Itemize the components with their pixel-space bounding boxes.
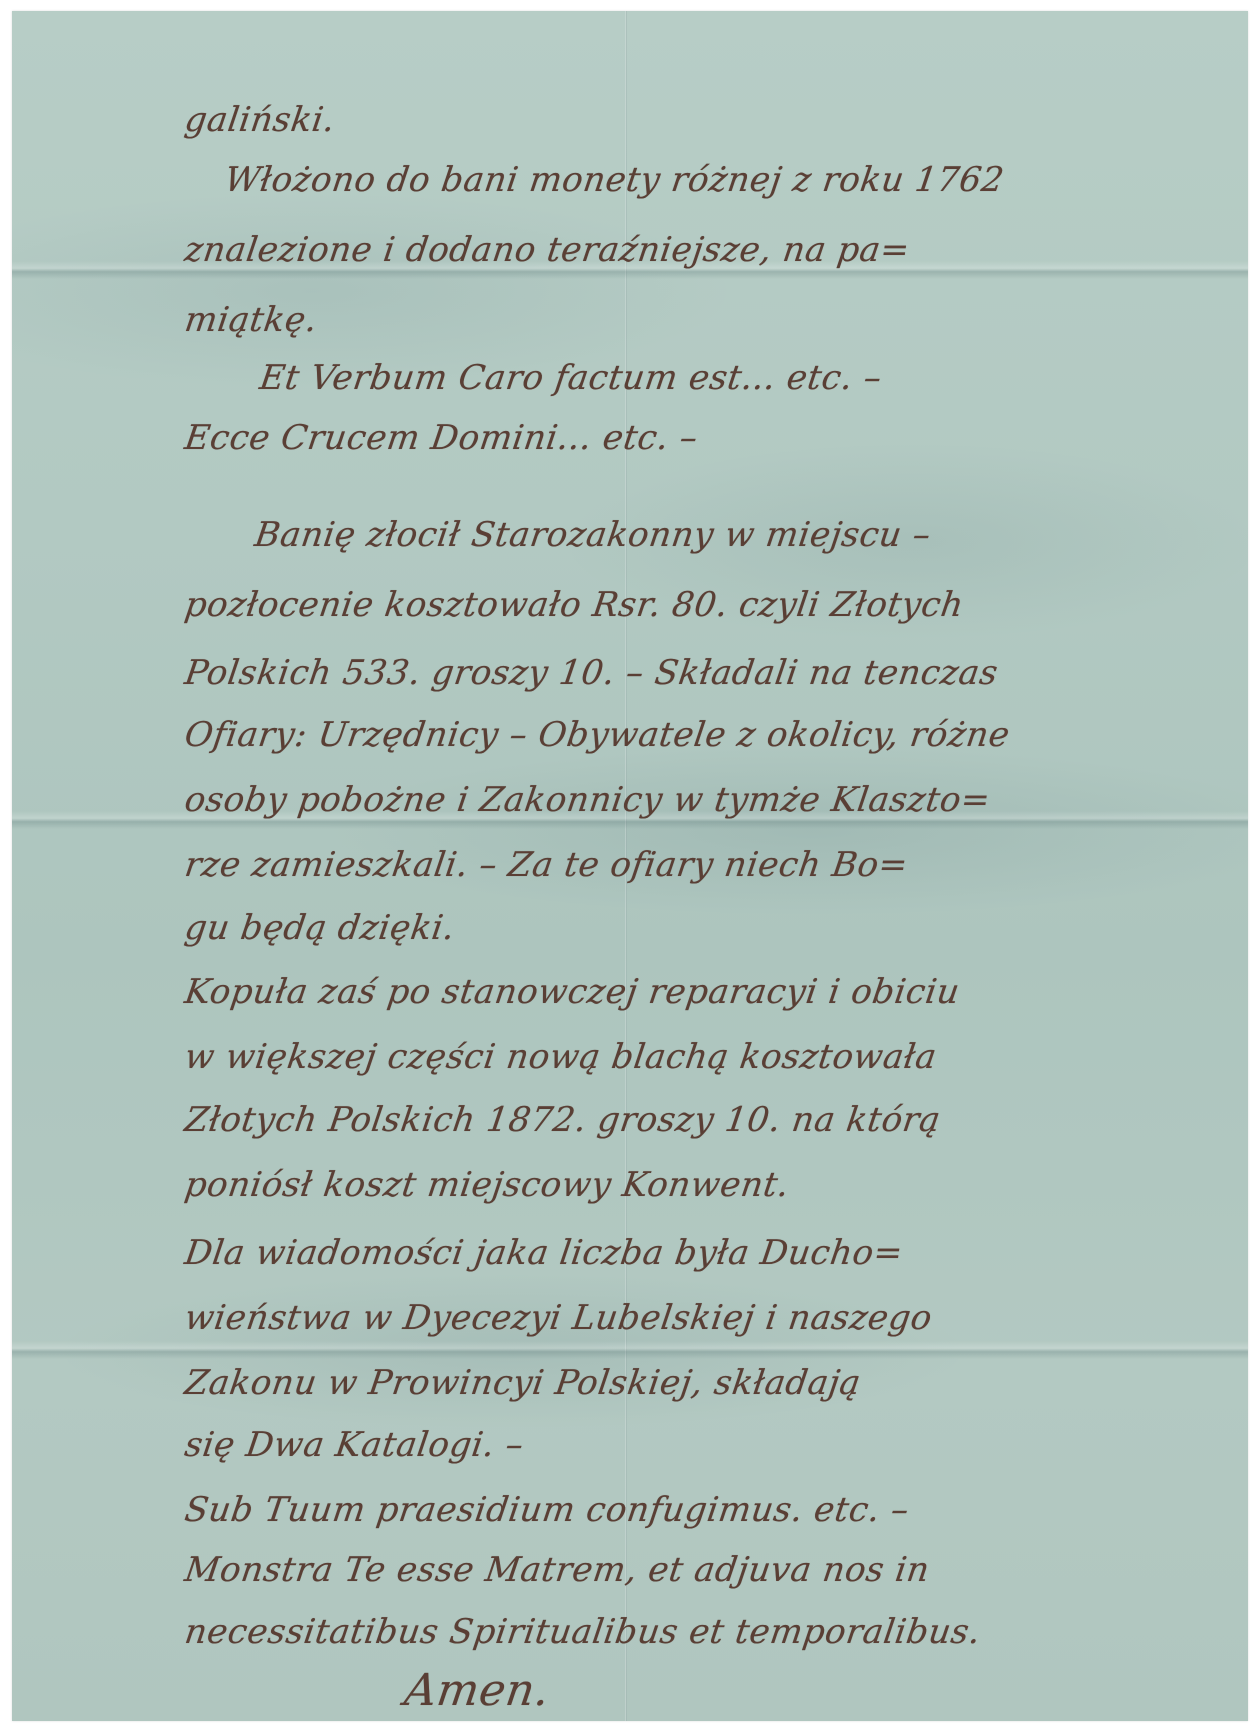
text-line: Ofiary: Urzędnicy – Obywatele z okolicy,… [182,715,1012,755]
text-line: Dla wiadomości jaka liczba była Ducho= [182,1233,905,1273]
text-line: rze zamieszkali. – Za te ofiary niech Bo… [182,845,910,885]
text-line: poniósł koszt miejscowy Konwent. [182,1165,792,1205]
text-line: Sub Tuum praesidium confugimus. etc. – [182,1490,911,1530]
text-line: osoby pobożne i Zakonnicy w tymże Klaszt… [182,780,993,820]
text-line: Kopuła zaś po stanowczej reparacyi i obi… [182,972,962,1012]
text-line: znalezione i dodano teraźniejsze, na pa= [182,230,912,270]
text-line: gu będą dzięki. [182,908,457,948]
text-line: Polskich 533. groszy 10. – Składali na t… [182,653,1000,693]
text-line: Ecce Crucem Domini... etc. – [182,418,700,458]
text-line: Złotych Polskich 1872. groszy 10. na któ… [182,1100,943,1140]
horizontal-crease [12,1341,1248,1359]
text-line: galiński. [182,100,338,140]
text-line: Monstra Te esse Matrem, et adjuva nos in [182,1550,932,1590]
text-line: się Dwa Katalogi. – [182,1425,526,1465]
text-line: pozłocenie kosztowało Rsr. 80. czyli Zło… [182,585,966,625]
text-line: Zakonu w Prowincyi Polskiej, składają [182,1363,863,1403]
text-line: w większej części nową blachą kosztowała [182,1037,939,1077]
text-line: Et Verbum Caro factum est... etc. – [257,358,884,398]
text-line: Banię złocił Starozakonny w miejscu – [252,515,933,555]
text-line: Włożono do bani monety różnej z roku 176… [222,160,1006,200]
text-line: miątkę. [182,300,320,340]
text-line: necessitatibus Spiritualibus et temporal… [182,1612,983,1652]
text-line-amen: Amen. [401,1665,553,1716]
text-line: wieństwa w Dyecezyi Lubelskiej i naszego [182,1298,935,1338]
